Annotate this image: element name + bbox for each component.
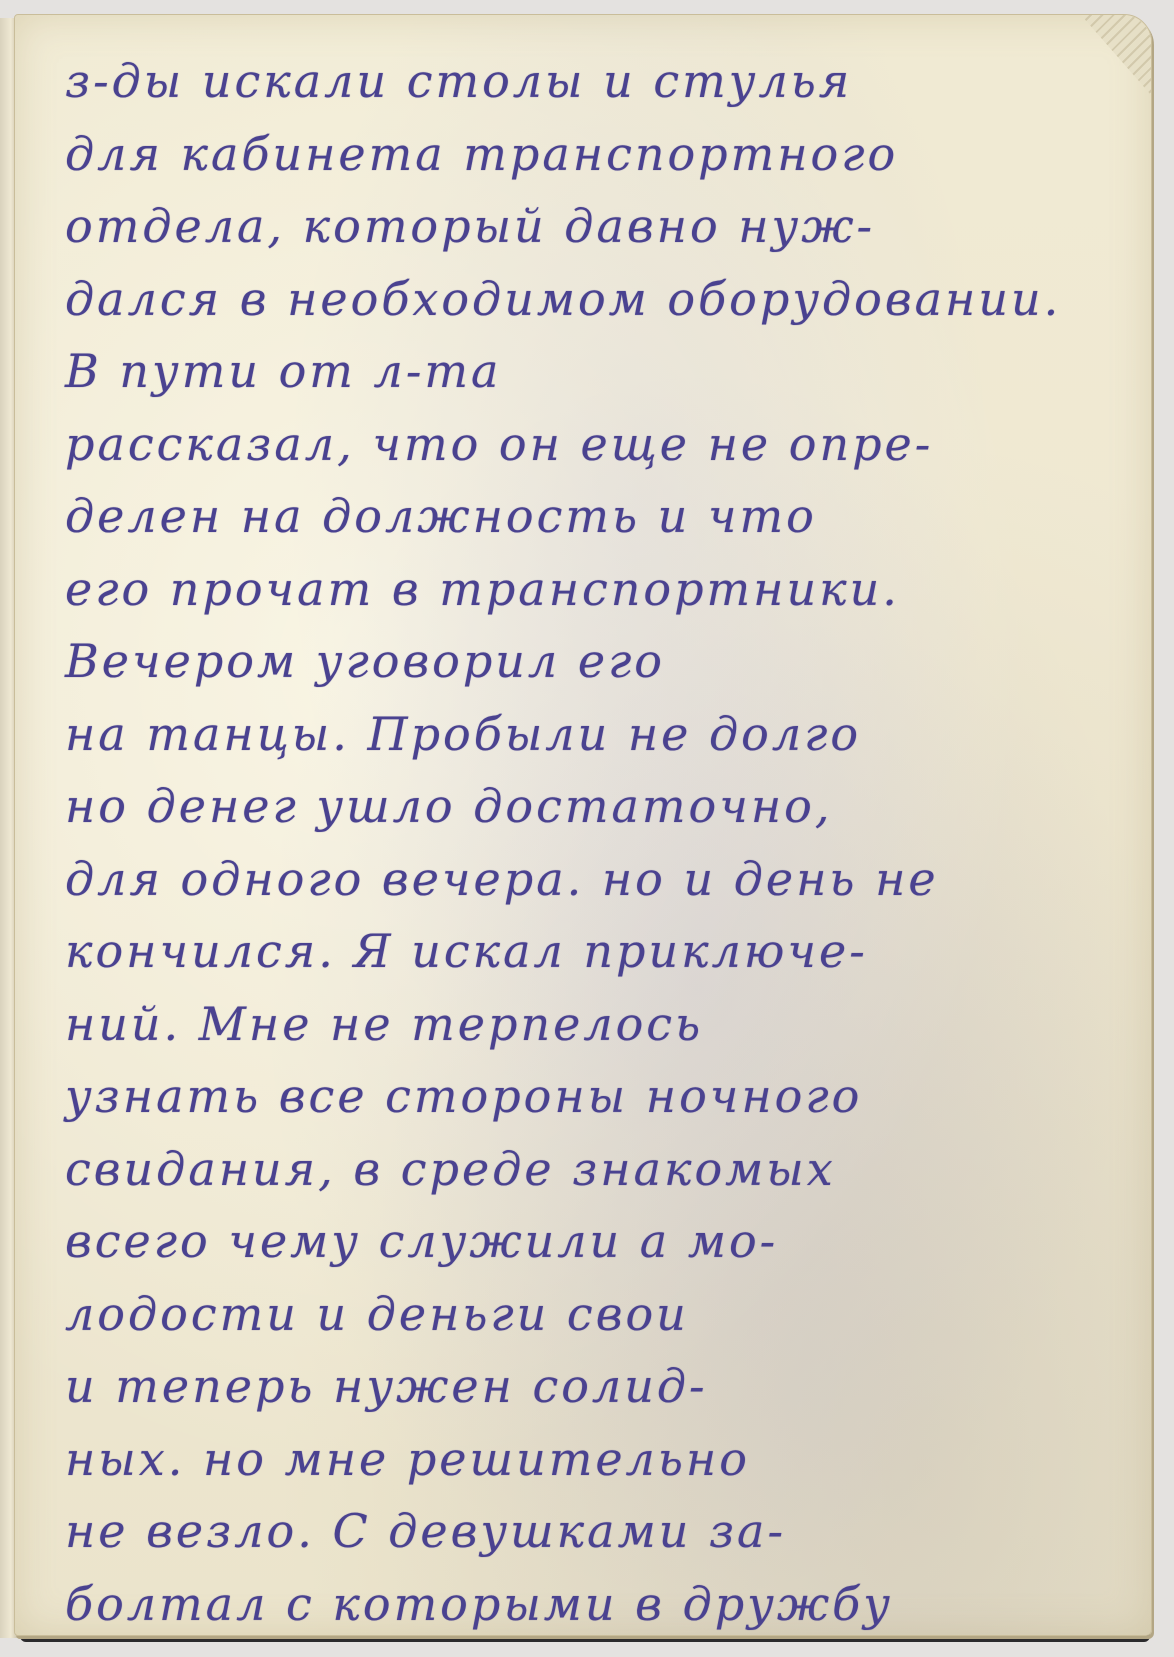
text-line: кончился. Я искал приключе- (65, 915, 1125, 988)
text-line: болтал с которыми в дружбу (65, 1568, 1125, 1641)
text-line: рассказал, что он еще не опре- (65, 408, 1125, 481)
text-line: дался в необходимом оборудовании. (65, 263, 1125, 336)
text-line: но денег ушло достаточно, (65, 770, 1125, 843)
text-line: лодости и деньги свои (65, 1278, 1125, 1351)
text-line: не везло. С девушками за- (65, 1495, 1125, 1568)
text-line: всего чему служили а мо- (65, 1205, 1125, 1278)
text-line: ных. но мне решительно (65, 1423, 1125, 1496)
notebook-page: з-ды искали столы и стулья для кабинета … (14, 14, 1152, 1636)
text-line: отдела, который давно нуж- (65, 190, 1125, 263)
handwritten-text: з-ды искали столы и стулья для кабинета … (65, 45, 1125, 1640)
text-line: свидания, в среде знакомых (65, 1133, 1125, 1206)
text-line: для кабинета транспортного (65, 118, 1125, 191)
text-line: для одного вечера. но и день не (65, 843, 1125, 916)
text-line: и теперь нужен солид- (65, 1350, 1125, 1423)
text-line: з-ды искали столы и стулья (65, 45, 1125, 118)
text-line: делен на должность и что (65, 480, 1125, 553)
text-line: на танцы. Пробыли не долго (65, 698, 1125, 771)
text-line: ний. Мне не терпелось (65, 988, 1125, 1061)
text-line: В пути от л-та (65, 335, 1125, 408)
text-line: Вечером уговорил его (65, 625, 1125, 698)
text-line: узнать все стороны ночного (65, 1060, 1125, 1133)
text-line: его прочат в транспортники. (65, 553, 1125, 626)
